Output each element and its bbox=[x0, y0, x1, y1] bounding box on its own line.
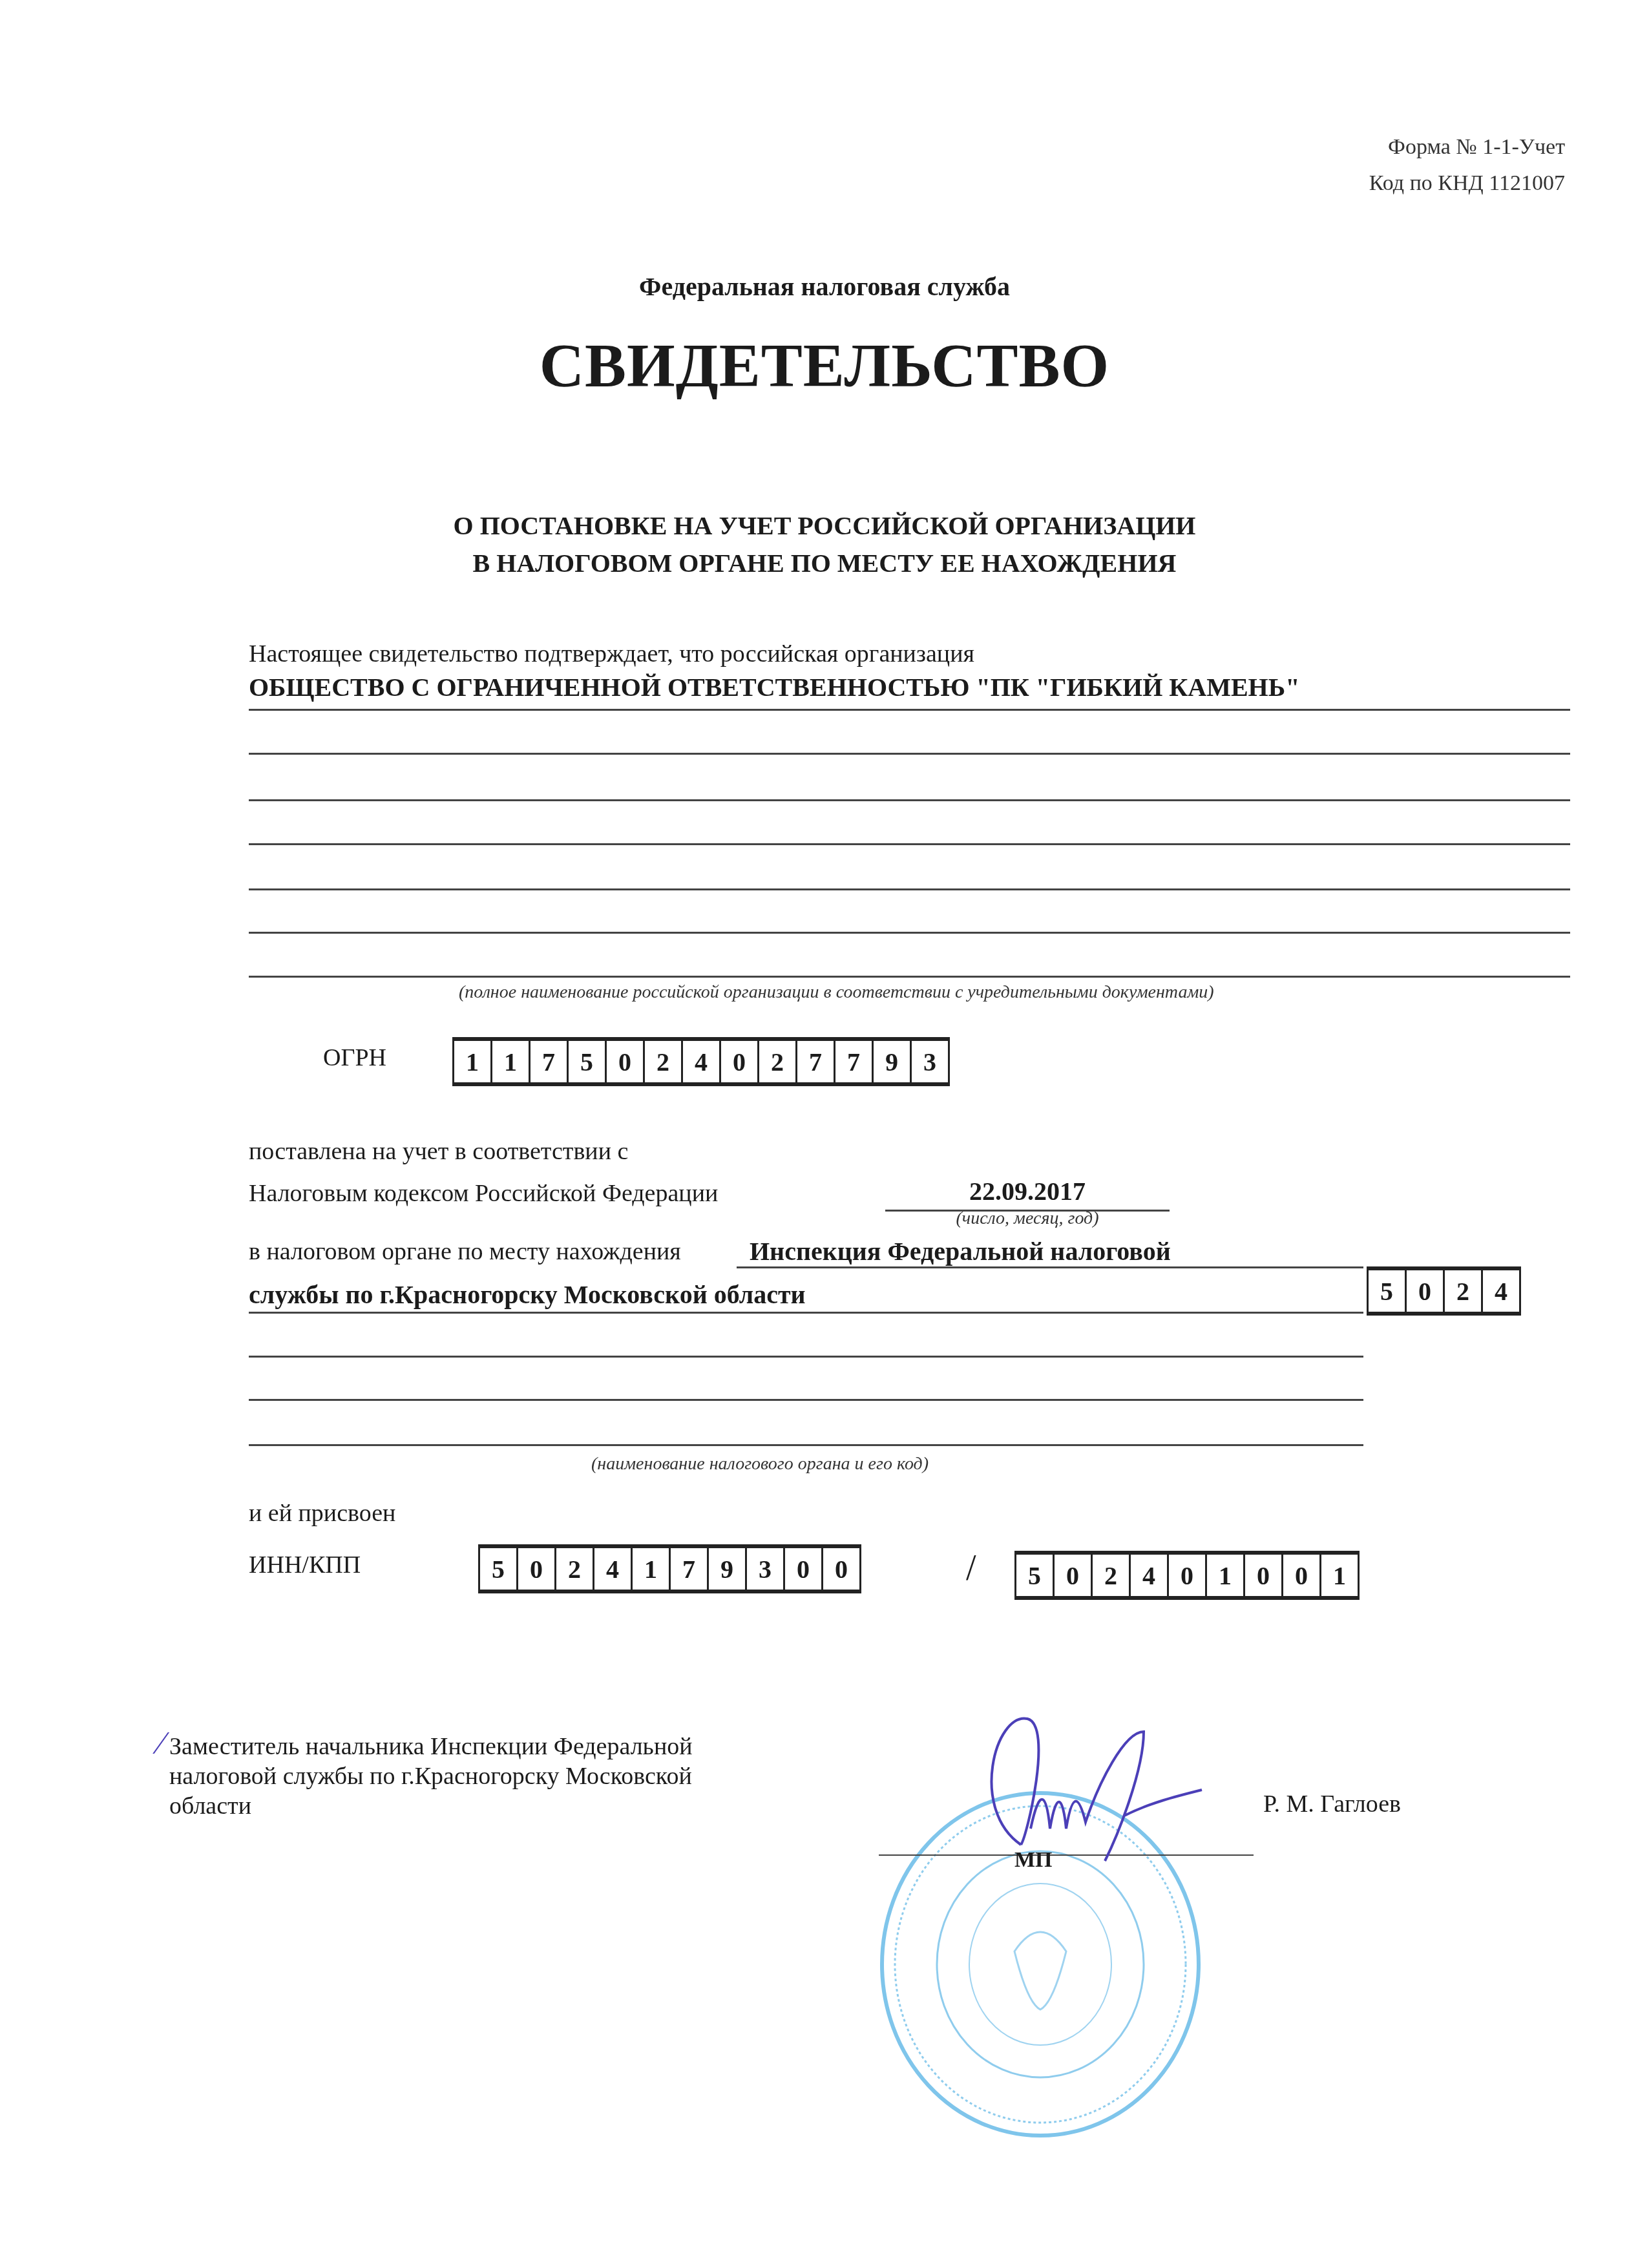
tax-authority-name-2: службы по г.Красногорску Московской обла… bbox=[249, 1279, 806, 1310]
inn-digit: 7 bbox=[671, 1548, 709, 1590]
form-header: Форма № 1-1-Учет Код по КНД 1121007 bbox=[1369, 129, 1565, 202]
kpp-digit: 5 bbox=[1016, 1555, 1055, 1596]
ogrn-digit: 7 bbox=[835, 1041, 874, 1082]
ogrn-digits: 1175024027793 bbox=[452, 1037, 950, 1086]
ogrn-digit: 0 bbox=[607, 1041, 645, 1082]
inn-digit: 0 bbox=[785, 1548, 823, 1590]
agency-name: Федеральная налоговая служба bbox=[0, 271, 1649, 302]
position-line-2: налоговой службы по г.Красногорску Моско… bbox=[169, 1761, 693, 1791]
signatory-name: Р. М. Гаглоев bbox=[1263, 1790, 1401, 1818]
divider bbox=[737, 1266, 1363, 1268]
checkmark-icon: ⁄ bbox=[158, 1724, 163, 1761]
divider bbox=[249, 1444, 1363, 1446]
inn-digit: 0 bbox=[518, 1548, 556, 1590]
divider bbox=[249, 709, 1570, 711]
divider bbox=[249, 1356, 1363, 1358]
ogrn-digit: 2 bbox=[645, 1041, 683, 1082]
subtitle-line-2: В НАЛОГОВОМ ОРГАНЕ ПО МЕСТУ ЕЕ НАХОЖДЕНИ… bbox=[0, 545, 1649, 582]
tax-code-digit: 4 bbox=[1483, 1270, 1521, 1312]
tax-authority-code: 5024 bbox=[1367, 1266, 1521, 1316]
registration-date: 22.09.2017 bbox=[885, 1176, 1170, 1206]
ogrn-digit: 3 bbox=[912, 1041, 950, 1082]
ogrn-label: ОГРН bbox=[323, 1044, 386, 1072]
tax-authority-prefix: в налоговом органе по месту нахождения bbox=[249, 1237, 681, 1266]
kpp-digit: 1 bbox=[1321, 1555, 1360, 1596]
divider bbox=[249, 976, 1570, 978]
kpp-digit: 0 bbox=[1283, 1555, 1321, 1596]
tax-authority-caption: (наименование налогового органа и его ко… bbox=[591, 1454, 929, 1475]
ogrn-digit: 1 bbox=[454, 1041, 492, 1082]
seal-label: МП bbox=[1014, 1848, 1053, 1873]
signature-icon bbox=[930, 1706, 1241, 1874]
divider bbox=[249, 799, 1570, 801]
ogrn-digit: 7 bbox=[530, 1041, 569, 1082]
inn-digit: 0 bbox=[823, 1548, 861, 1590]
kpp-digit: 0 bbox=[1245, 1555, 1283, 1596]
divider bbox=[249, 932, 1570, 934]
divider bbox=[249, 753, 1570, 755]
inn-digit: 4 bbox=[594, 1548, 633, 1590]
divider bbox=[249, 1399, 1363, 1401]
inn-digits: 5024179300 bbox=[478, 1544, 861, 1593]
tax-code-digit: 0 bbox=[1407, 1270, 1445, 1312]
tax-authority-name-1: Инспекция Федеральной налоговой bbox=[750, 1236, 1171, 1266]
kpp-digit: 4 bbox=[1131, 1555, 1169, 1596]
inn-digit: 1 bbox=[633, 1548, 671, 1590]
ogrn-digit: 4 bbox=[683, 1041, 721, 1082]
divider bbox=[249, 1312, 1363, 1314]
divider bbox=[249, 888, 1570, 890]
ogrn-digit: 2 bbox=[759, 1041, 797, 1082]
inn-digit: 2 bbox=[556, 1548, 594, 1590]
ogrn-digit: 1 bbox=[492, 1041, 530, 1082]
signatory-position: Заместитель начальника Инспекции Федерал… bbox=[169, 1732, 693, 1821]
kpp-digit: 1 bbox=[1207, 1555, 1245, 1596]
kpp-digit: 0 bbox=[1055, 1555, 1093, 1596]
ogrn-digit: 0 bbox=[721, 1041, 759, 1082]
tax-code-digit: 2 bbox=[1445, 1270, 1483, 1312]
ogrn-digit: 5 bbox=[569, 1041, 607, 1082]
inn-digit: 5 bbox=[480, 1548, 518, 1590]
inn-digit: 3 bbox=[747, 1548, 785, 1590]
kpp-digit: 0 bbox=[1169, 1555, 1207, 1596]
tax-code-digit: 5 bbox=[1369, 1270, 1407, 1312]
document-subtitle: О ПОСТАНОВКЕ НА УЧЕТ РОССИЙСКОЙ ОРГАНИЗА… bbox=[0, 507, 1649, 582]
document-title: СВИДЕТЕЛЬСТВО bbox=[0, 330, 1649, 401]
registration-line-2: Налоговым кодексом Российской Федерации bbox=[249, 1179, 718, 1208]
ogrn-digit: 9 bbox=[874, 1041, 912, 1082]
divider bbox=[249, 843, 1570, 845]
kpp-digit: 2 bbox=[1093, 1555, 1131, 1596]
form-number: Форма № 1-1-Учет bbox=[1369, 129, 1565, 165]
registration-line-1: поставлена на учет в соответствии с bbox=[249, 1137, 628, 1166]
ogrn-digit: 7 bbox=[797, 1041, 835, 1082]
knd-code: Код по КНД 1121007 bbox=[1369, 165, 1565, 202]
intro-text: Настоящее свидетельство подтверждает, чт… bbox=[249, 640, 974, 668]
assigned-label: и ей присвоен bbox=[249, 1499, 395, 1528]
position-line-1: Заместитель начальника Инспекции Федерал… bbox=[169, 1732, 693, 1761]
kpp-digits: 502401001 bbox=[1014, 1551, 1360, 1600]
inn-kpp-label: ИНН/КПП bbox=[249, 1551, 361, 1579]
date-caption: (число, месяц, год) bbox=[885, 1208, 1170, 1229]
organization-name: ОБЩЕСТВО С ОГРАНИЧЕННОЙ ОТВЕТСТВЕННОСТЬЮ… bbox=[249, 672, 1299, 702]
inn-digit: 9 bbox=[709, 1548, 747, 1590]
organization-caption: (полное наименование российской организа… bbox=[459, 982, 1214, 1003]
position-line-3: области bbox=[169, 1791, 693, 1821]
subtitle-line-1: О ПОСТАНОВКЕ НА УЧЕТ РОССИЙСКОЙ ОРГАНИЗА… bbox=[0, 507, 1649, 545]
inn-kpp-separator: / bbox=[966, 1548, 976, 1589]
